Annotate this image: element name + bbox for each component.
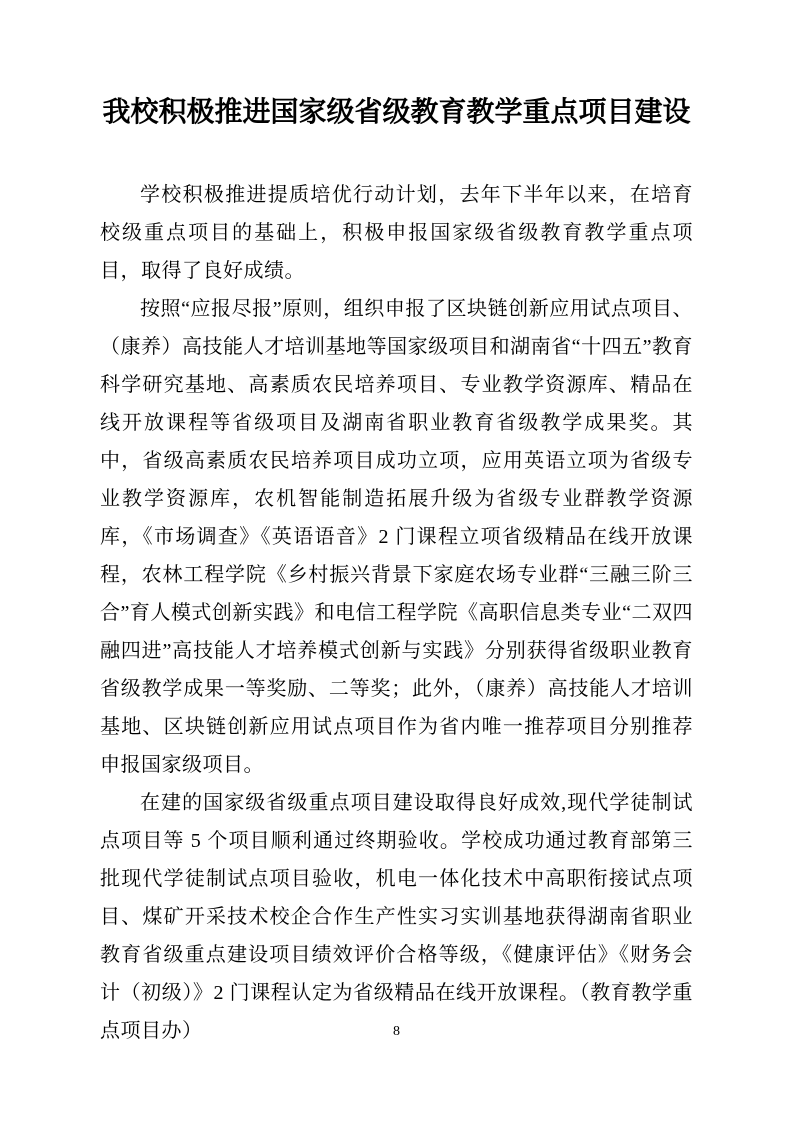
paragraph-2: 按照“应报尽报”原则，组织申报了区块链创新应用试点项目、（康养）高技能人才培训基… [100,290,693,784]
document-page: 我校积极推进国家级省级教育教学重点项目建设 学校积极推进提质培优行动计划，去年下… [0,0,793,1122]
article-title: 我校积极推进国家级省级教育教学重点项目建设 [100,92,693,132]
document-content: 我校积极推进国家级省级教育教学重点项目建设 学校积极推进提质培优行动计划，去年下… [0,0,793,1050]
paragraph-1: 学校积极推进提质培优行动计划，去年下半年以来，在培育校级重点项目的基础上，积极申… [100,176,693,290]
page-number: 8 [0,1022,793,1042]
paragraph-3: 在建的国家级省级重点项目建设取得良好成效,现代学徒制试点项目等 5 个项目顺利通… [100,784,693,1050]
